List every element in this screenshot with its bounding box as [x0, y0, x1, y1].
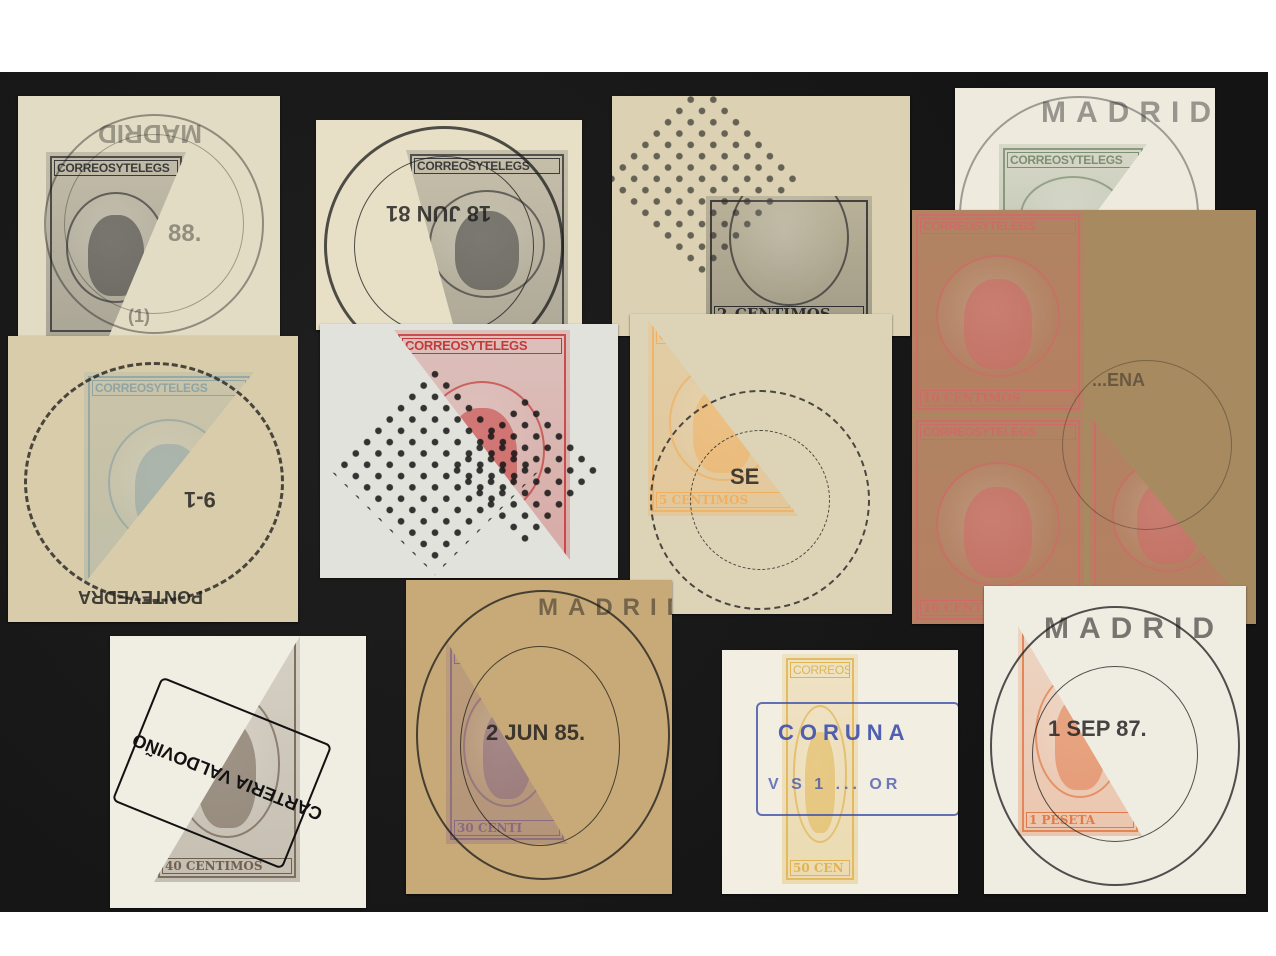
bisected-stamp: CORREOSYTELEGS [999, 144, 1147, 218]
bisected-stamp: CORREOSYTELEGS [84, 372, 254, 584]
bisected-stamp: 40 CENTIMOS [154, 636, 300, 882]
stamp-piece-3: 2_CENTIMOS [612, 96, 910, 336]
stamp-header: CORREOSYTELEGS [402, 338, 562, 354]
postmark-town: MADRID [1044, 612, 1224, 646]
stamp-header: CORR [454, 648, 560, 664]
postmark-town: MADRID [98, 118, 202, 149]
stamp-value: 40 CENTIMOS [162, 858, 292, 874]
stamp-piece-11: CORREOS 50 CEN CORUNA V S 1 ... OR [722, 650, 958, 894]
stamp-10c-top: CORREOSYTELEGS 10 CENTIMOS [912, 210, 1084, 414]
postmark-town: MADRID [1041, 96, 1215, 130]
stamp-piece-6: CORREOSYTELEGS PONTEVEDRA 9-1 [8, 336, 298, 622]
stamp-value: 5 CENTIMOS [656, 492, 790, 508]
stamp-piece-5: CORREOSYTELEGS 10 CENTIMOS CORREOSYTELEG… [912, 210, 1256, 624]
stamp-value: 50 CEN [790, 860, 850, 876]
bisected-stamp-10c [1090, 416, 1246, 606]
postmark-town: PONTEVEDRA [78, 586, 203, 607]
stamp-header: CORREOSYTELEGS [1007, 152, 1139, 168]
stamp-value: 1 PESETA [1026, 812, 1134, 828]
postmark-number: (1) [128, 306, 150, 327]
postmark-town: MADRID [538, 594, 672, 622]
bisected-stamp: CORR 30 CENTI [446, 640, 568, 844]
bisected-stamp: CORREOSYTELEGS [406, 150, 568, 330]
stamp-part: CORREOS 50 CEN [782, 654, 858, 884]
postmark-town: ...ENA [1092, 370, 1145, 391]
bisected-stamp: 1 PESETA [1018, 626, 1142, 836]
stamp-part: 2_CENTIMOS [706, 196, 872, 330]
stamp-header: CORREOSYTELEGS [54, 160, 178, 176]
stamp-header: CORREOSYTELEGS [920, 424, 1076, 440]
stamp-header: CORREOSYTELEGS [414, 158, 560, 174]
stamp-piece-4: CORREOSYTELEGS MADRID [955, 88, 1215, 218]
stamp-header: COR [656, 328, 790, 344]
postmark-date: 88. [168, 220, 201, 248]
bisected-stamp: CORREOSYTELEGS [46, 152, 186, 336]
stamp-piece-7: CORREOSYTELEGS [320, 324, 618, 578]
postmark-date: 9-1 [184, 486, 216, 512]
stamp-header: CORREOSYTELEGS [92, 380, 246, 396]
bisected-stamp: CORREOSYTELEGS [394, 330, 570, 560]
stamp-header: CORREOS [790, 662, 850, 678]
stamp-piece-8: COR 5 CENTIMOS SE [630, 314, 892, 614]
stamp-piece-2: CORREOSYTELEGS VILLANUEVA Y GELTRU * BAR… [316, 120, 582, 330]
stamp-piece-12: 1 PESETA MADRID 1 SEP 87. [984, 586, 1246, 894]
stamp-header: CORREOSYTELEGS [920, 218, 1076, 234]
stamp-piece-9: 40 CENTIMOS CARTERIA VALDOVIÑO [110, 636, 366, 908]
bisected-stamp: COR 5 CENTIMOS [648, 320, 798, 516]
stamp-piece-10: CORR 30 CENTI MADRID 2 JUN 85. [406, 580, 672, 894]
stamp-value: 10 CENTIMOS [920, 390, 1076, 406]
stamp-value: 30 CENTI [454, 820, 560, 836]
stamp-piece-1: CORREOSYTELEGS MADRID 88. (1) [18, 96, 280, 336]
